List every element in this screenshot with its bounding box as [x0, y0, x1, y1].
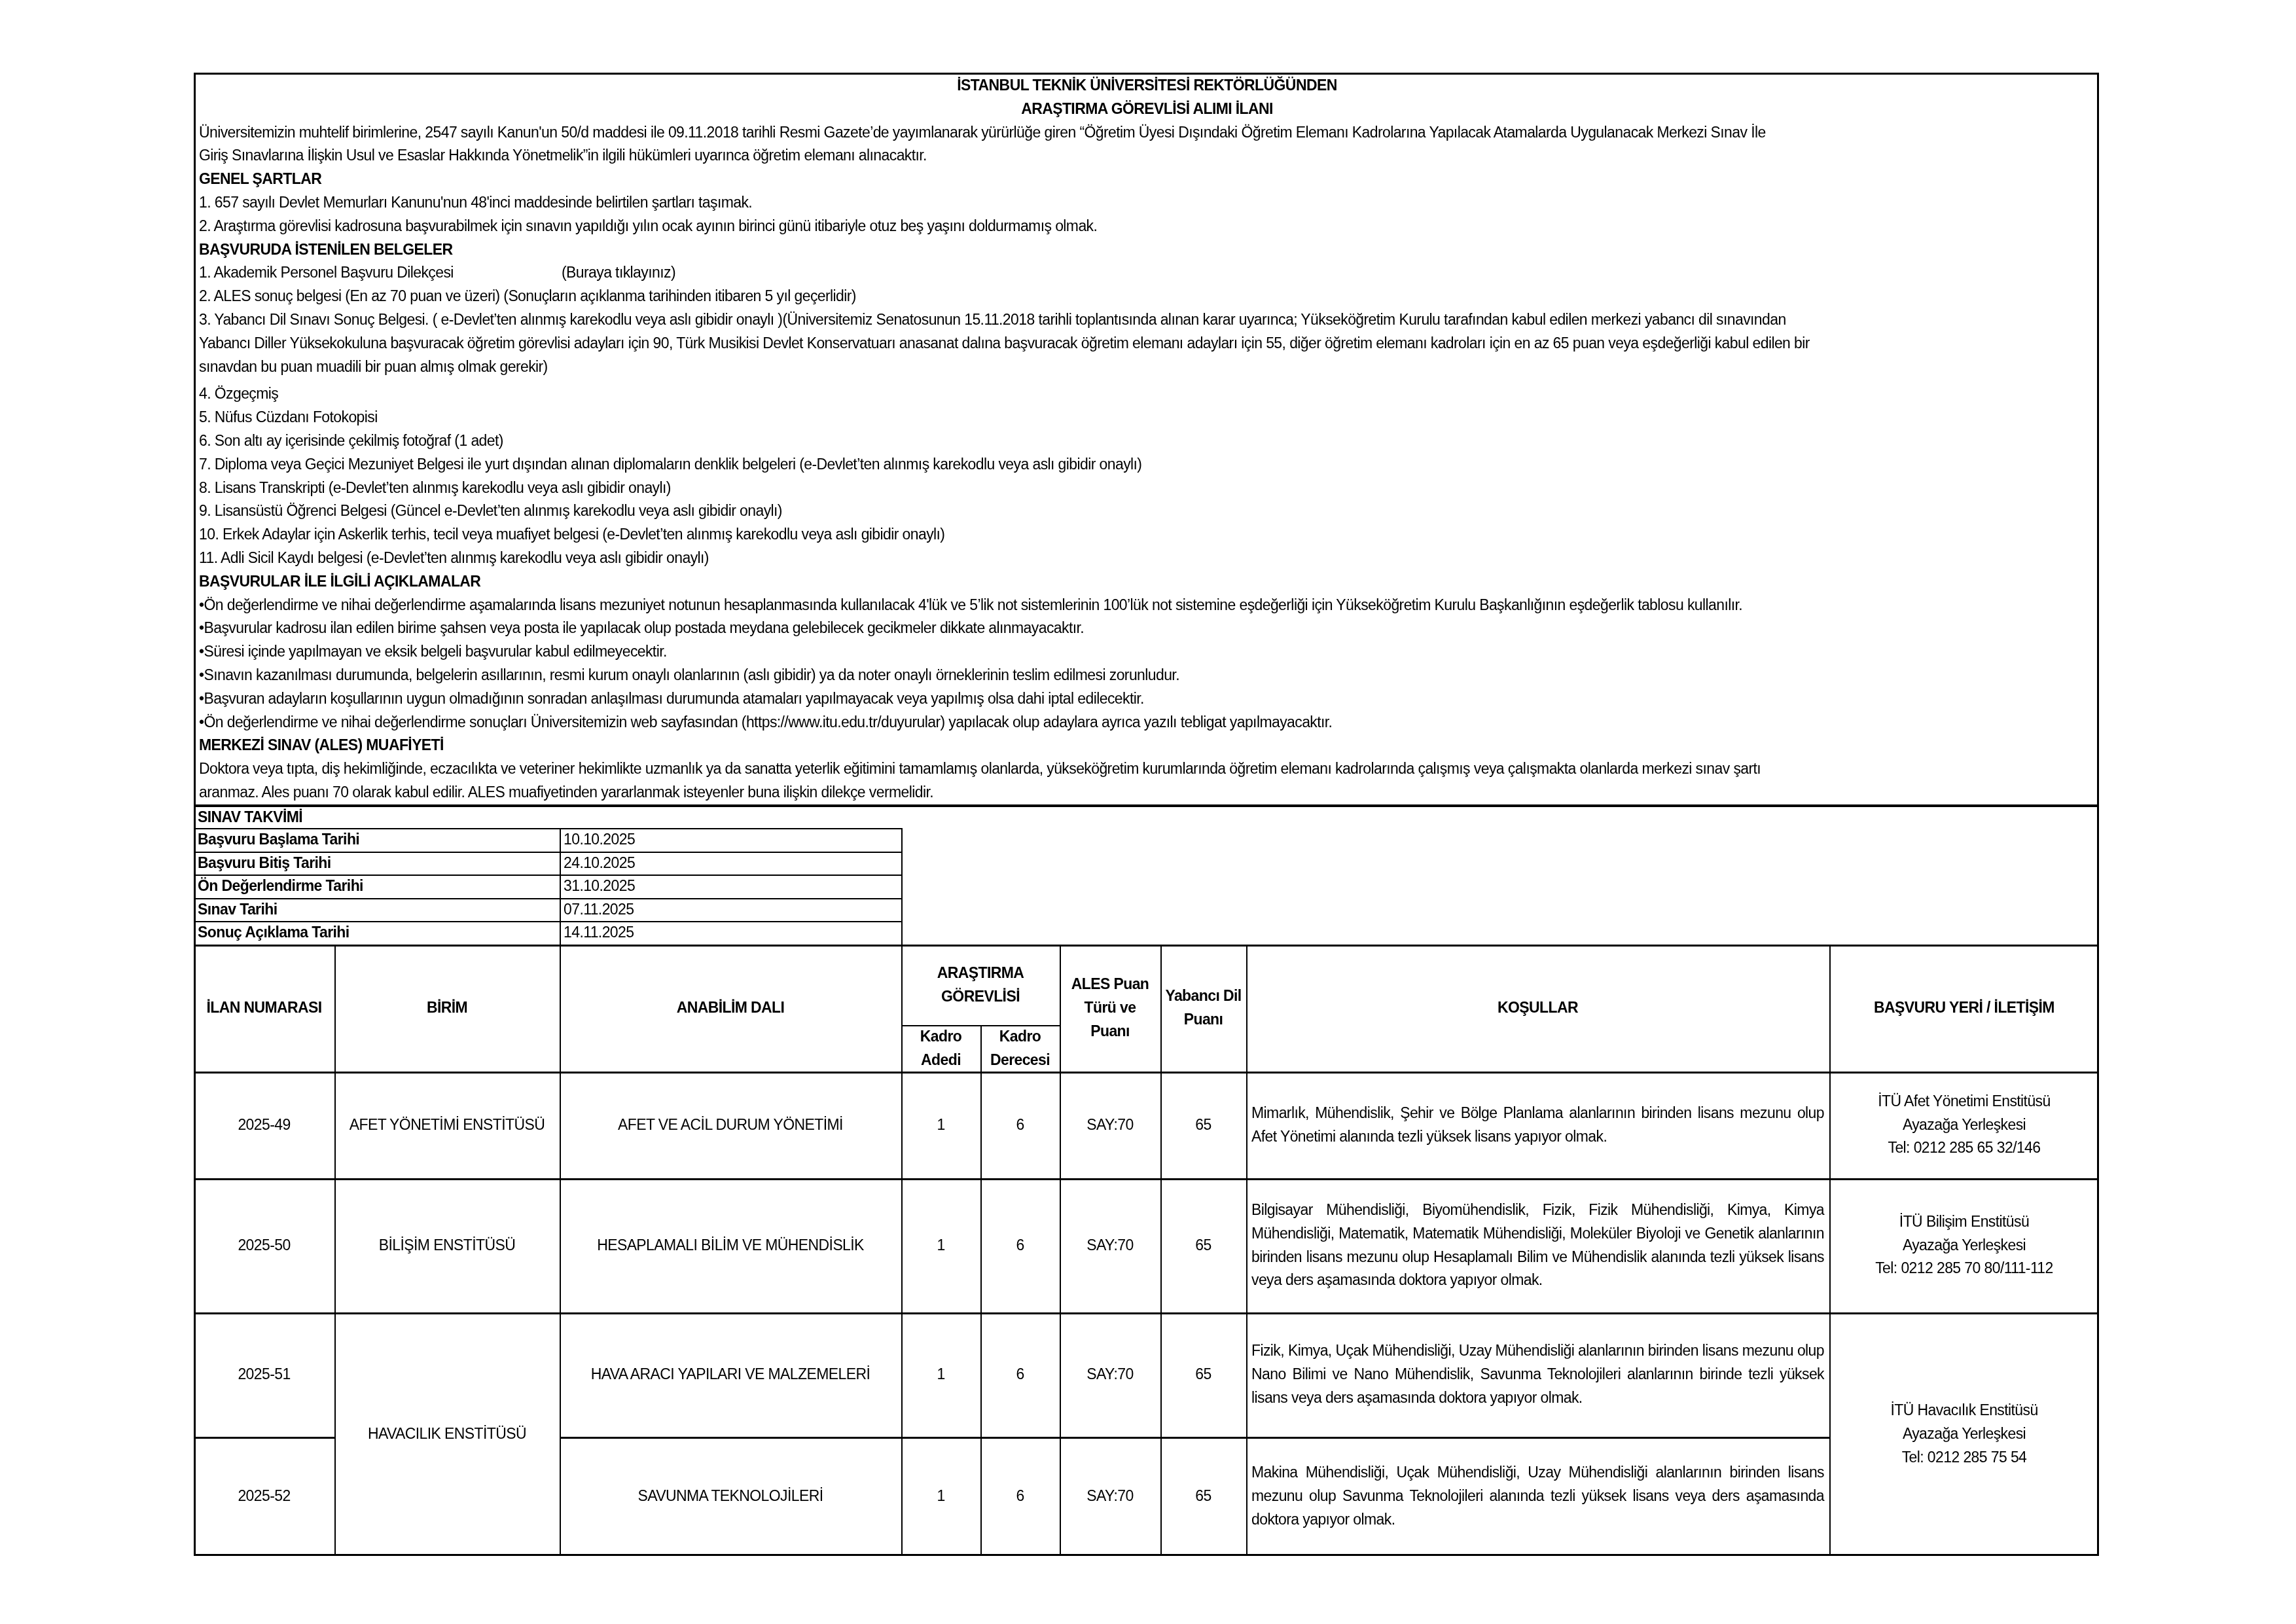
kadro-derecesi: 6	[980, 1312, 1060, 1437]
document-item: 6. Son altı ay içerisinde çekilmiş fotoğ…	[194, 429, 2095, 453]
document-item: 9. Lisansüstü Öğrenci Belgesi (Güncel e-…	[194, 499, 2095, 523]
contact-line: Ayazağa Yerleşkesi	[1903, 1113, 2026, 1137]
conditions-text: Bilgisayar Mühendisliği, Biyomühendislik…	[1251, 1199, 1824, 1292]
application-contact-merged: İTÜ Havacılık EnstitüsüAyazağa Yerleşkes…	[1829, 1312, 2099, 1556]
ales-exemption-line: Doktora veya tıpta, diş hekimliğinde, ec…	[194, 757, 2095, 781]
title-line-1: İSTANBUL TEKNİK ÜNİVERSİTESİ REKTÖRLÜĞÜN…	[194, 74, 2095, 98]
application-note: •Başvurular kadrosu ilan edilen birime ş…	[194, 617, 2095, 640]
schedule-label: Ön Değerlendirme Tarihi	[194, 875, 560, 898]
language-score: 65	[1160, 1072, 1246, 1178]
document-item-1: 1. Akademik Personel Başvuru Dilekçesi(B…	[194, 261, 2095, 285]
column-header-kadro-adedi: Kadro Adedi	[901, 1025, 980, 1072]
birim-merged: HAVACILIK ENSTİTÜSÜ	[334, 1312, 560, 1556]
schedule-label: Sonuç Açıklama Tarihi	[194, 921, 560, 945]
document-item: 5. Nüfus Cüzdanı Fotokopisi	[194, 406, 2095, 429]
contact-line: İTÜ Bilişim Enstitüsü	[1899, 1210, 2029, 1234]
conditions-text: Mimarlık, Mühendislik, Şehir ve Bölge Pl…	[1251, 1102, 1824, 1149]
petition-link[interactable]: (Buraya tıklayınız)	[562, 264, 675, 281]
schedule-date: 31.10.2025	[560, 875, 901, 898]
title-line-2: ARAŞTIRMA GÖREVLİSİ ALIMI İLANI	[194, 98, 2095, 121]
contact-line: İTÜ Havacılık Enstitüsü	[1890, 1399, 2037, 1422]
schedule-label: Başvuru Başlama Tarihi	[194, 828, 560, 852]
kadro-derecesi: 6	[980, 1437, 1060, 1556]
application-notes-heading: BAŞVURULAR İLE İLGİLİ AÇIKLAMALAR	[194, 570, 2095, 594]
document-item: 10. Erkek Adaylar için Askerlik terhis, …	[194, 523, 2095, 547]
conditions-cell: Mimarlık, Mühendislik, Şehir ve Bölge Pl…	[1246, 1072, 1829, 1178]
ales-exemption-heading: MERKEZİ SINAV (ALES) MUAFİYETİ	[194, 734, 2095, 757]
ales-score: SAY:70	[1060, 1178, 1160, 1312]
kadro-adedi: 1	[901, 1178, 980, 1312]
document-item: 11. Adli Sicil Kaydı belgesi (e-Devlet’t…	[194, 547, 2095, 570]
conditions-cell: Bilgisayar Mühendisliği, Biyomühendislik…	[1246, 1178, 1829, 1312]
conditions-cell: Makina Mühendisliği, Uçak Mühendisliği, …	[1246, 1437, 1829, 1556]
document-item: 4. Özgeçmiş	[194, 382, 2095, 406]
application-contact-cell: İTÜ Afet Yönetimi EnstitüsüAyazağa Yerle…	[1829, 1072, 2099, 1178]
schedule-date: 07.11.2025	[560, 898, 901, 922]
application-note: •Süresi içinde yapılmayan ve eksik belge…	[194, 640, 2095, 664]
document-item-2: 2. ALES sonuç belgesi (En az 70 puan ve …	[194, 285, 2095, 308]
conditions-text: Fizik, Kimya, Uçak Mühendisliği, Uzay Mü…	[1251, 1339, 1824, 1409]
contact-line: Ayazağa Yerleşkesi	[1903, 1422, 2026, 1446]
kadro-adedi: 1	[901, 1312, 980, 1437]
ilan-number: 2025-50	[194, 1178, 334, 1312]
document-item-1-label: 1. Akademik Personel Başvuru Dilekçesi	[199, 261, 562, 285]
ales-exemption-line: aranmaz. Ales puanı 70 olarak kabul edil…	[194, 781, 2095, 804]
ilan-number: 2025-52	[194, 1437, 334, 1556]
document-item-3-line: Yabancı Diller Yüksekokuluna başvuracak …	[194, 332, 2095, 355]
schedule-date: 10.10.2025	[560, 828, 901, 852]
column-header-arastirma-gorevlisi: ARAŞTIRMA GÖREVLİSİ	[901, 945, 1060, 1025]
application-note: •Başvuran adayların koşullarının uygun o…	[194, 687, 2095, 711]
table-rule	[560, 828, 561, 945]
ales-score: SAY:70	[1060, 1072, 1160, 1178]
kadro-adedi: 1	[901, 1072, 980, 1178]
schedule-label: Sınav Tarihi	[194, 898, 560, 922]
anabilim-dali: AFET VE ACİL DURUM YÖNETİMİ	[560, 1072, 901, 1178]
application-note: •Ön değerlendirme ve nihai değerlendirme…	[194, 711, 2095, 734]
contact-line: Tel: 0212 285 65 32/146	[1888, 1136, 2040, 1160]
language-score: 65	[1160, 1178, 1246, 1312]
document-item-3-line: sınavdan bu puan muadili bir puan almış …	[194, 355, 2095, 379]
ilan-number: 2025-51	[194, 1312, 334, 1437]
table-rule	[901, 828, 903, 945]
announcement-text-section: İSTANBUL TEKNİK ÜNİVERSİTESİ REKTÖRLÜĞÜN…	[194, 74, 2095, 804]
language-score: 65	[1160, 1312, 1246, 1437]
column-header-anabilim: ANABİLİM DALI	[560, 945, 901, 1072]
kadro-adedi: 1	[901, 1437, 980, 1556]
ilan-number: 2025-49	[194, 1072, 334, 1178]
general-condition-item: 1. 657 sayılı Devlet Memurları Kanunu'nu…	[194, 191, 2095, 215]
kadro-derecesi: 6	[980, 1178, 1060, 1312]
contact-line: İTÜ Afet Yönetimi Enstitüsü	[1878, 1090, 2050, 1113]
column-header-kosullar: KOŞULLAR	[1246, 945, 1829, 1072]
conditions-cell: Fizik, Kimya, Uçak Mühendisliği, Uzay Mü…	[1246, 1312, 1829, 1437]
contact-line: Ayazağa Yerleşkesi	[1903, 1234, 2026, 1257]
contact-line: Tel: 0212 285 70 80/111-112	[1875, 1257, 2053, 1280]
application-note: •Ön değerlendirme ve nihai değerlendirme…	[194, 594, 2095, 617]
general-conditions-heading: GENEL ŞARTLAR	[194, 168, 2095, 191]
document-item: 8. Lisans Transkripti (e-Devlet’ten alın…	[194, 477, 2095, 500]
intro-line-2: Giriş Sınavlarına İlişkin Usul ve Esasla…	[194, 144, 2095, 168]
document-item-3-line: 3. Yabancı Dil Sınavı Sonuç Belgesi. ( e…	[194, 308, 2095, 332]
required-documents-heading: BAŞVURUDA İSTENİLEN BELGELER	[194, 238, 2095, 262]
schedule-label: Başvuru Bitiş Tarihi	[194, 852, 560, 875]
general-condition-item: 2. Araştırma görevlisi kadrosuna başvura…	[194, 215, 2095, 238]
column-header-yabanci-dil: Yabancı Dil Puanı	[1160, 945, 1246, 1072]
application-contact-cell: İTÜ Bilişim EnstitüsüAyazağa YerleşkesiT…	[1829, 1178, 2099, 1312]
column-header-ilan-no: İLAN NUMARASI	[194, 945, 334, 1072]
anabilim-dali: HESAPLAMALI BİLİM VE MÜHENDİSLİK	[560, 1178, 901, 1312]
kadro-derecesi: 6	[980, 1072, 1060, 1178]
ales-score: SAY:70	[1060, 1312, 1160, 1437]
anabilim-dali: HAVA ARACI YAPILARI VE MALZEMELERİ	[560, 1312, 901, 1437]
intro-line-1: Üniversitemizin muhtelif birimlerine, 25…	[194, 121, 2095, 145]
language-score: 65	[1160, 1437, 1246, 1556]
birim: AFET YÖNETİMİ ENSTİTÜSÜ	[334, 1072, 560, 1178]
conditions-text: Makina Mühendisliği, Uçak Mühendisliği, …	[1251, 1461, 1824, 1531]
anabilim-dali: SAVUNMA TEKNOLOJİLERİ	[560, 1437, 901, 1556]
birim: BİLİŞİM ENSTİTÜSÜ	[334, 1178, 560, 1312]
document-item: 7. Diploma veya Geçici Mezuniyet Belgesi…	[194, 453, 2095, 477]
schedule-date: 24.10.2025	[560, 852, 901, 875]
schedule-date: 14.11.2025	[560, 921, 901, 945]
column-header-ales: ALES Puan Türü ve Puanı	[1060, 945, 1160, 1072]
schedule-heading: SINAV TAKVİMİ	[194, 807, 901, 828]
ales-score: SAY:70	[1060, 1437, 1160, 1556]
column-header-birim: BİRİM	[334, 945, 560, 1072]
column-header-basvuru-yeri: BAŞVURU YERİ / İLETİŞİM	[1829, 945, 2099, 1072]
column-header-kadro-derecesi: Kadro Derecesi	[980, 1025, 1060, 1072]
contact-line: Tel: 0212 285 75 54	[1902, 1446, 2027, 1470]
application-note: •Sınavın kazanılması durumunda, belgeler…	[194, 664, 2095, 687]
